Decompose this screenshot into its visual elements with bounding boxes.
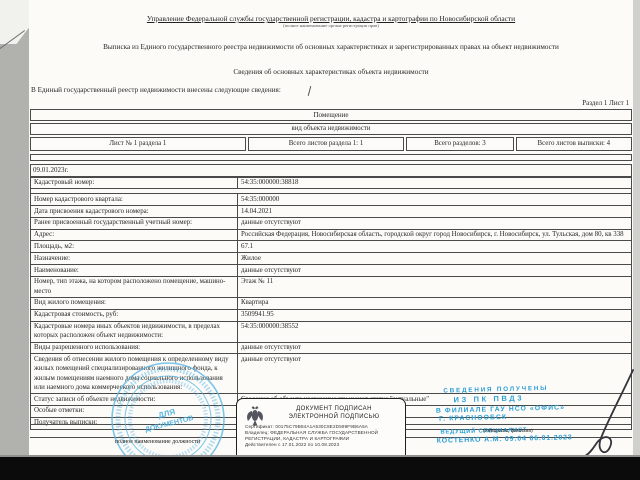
section-page-ref: Раздел 1 Лист 1 (29, 99, 629, 107)
table-row: Виды разрешенного использования:данные о… (31, 342, 632, 354)
object-type: Помещение (30, 109, 632, 121)
signature-box-title1: ДОКУМЕНТ ПОДПИСАН (269, 406, 399, 414)
row-value: Квартира (238, 297, 632, 309)
row-value: данные отсутствуют (238, 217, 632, 229)
table-row: Кадастровый номер:54:35:000000:38818 (31, 177, 632, 189)
row-label: Вид жилого помещения: (31, 297, 238, 309)
initials-caption: (инициалы, фамилия) (483, 428, 533, 434)
stamp-text-line1: ДЛЯ (157, 407, 176, 420)
table-row: Назначение:Жилое (31, 253, 632, 265)
row-value: Этаж № 11 (238, 276, 632, 297)
row-value: Российская Федерация, Новосибирская обла… (238, 229, 632, 241)
document-title: Выписка из Единого государственного реес… (33, 43, 629, 52)
sheet-cell: Лист № 1 раздела 1 (30, 137, 246, 151)
table-row: Ранее присвоенный государственный учетны… (31, 217, 632, 229)
table-row: Номер кадастрового квартала:54:35:000000 (31, 194, 632, 206)
table-row: Кадастровая стоимость, руб:3509941.95 (31, 309, 632, 321)
validity-line: Действителен с 17.01.2022 по 10.08.2023 (245, 442, 405, 448)
table-row: Кадастровые номера иных объектов недвижи… (31, 321, 632, 342)
table-row: Адрес:Российская Федерация, Новосибирска… (31, 229, 632, 241)
scanned-document-screenshot: Управление Федеральной службы государств… (0, 0, 640, 480)
row-label: Номер, тип этажа, на котором расположено… (31, 276, 238, 297)
sheet-cell: Всего листов выписки: 4 (516, 137, 632, 151)
table-row: Номер, тип этажа, на котором расположено… (31, 276, 632, 297)
table-row: Вид жилого помещения:Квартира (31, 297, 632, 309)
org-title: Управление Федеральной службы государств… (39, 14, 623, 23)
row-value: 54:35:000000:38552 (238, 321, 632, 342)
position-caption: полное наименование должности (70, 439, 245, 445)
object-type-caption: вид объекта недвижимости (30, 123, 632, 135)
row-label: Дата присвоения кадастрового номера: (31, 206, 238, 218)
scan-left-edge (0, 0, 29, 480)
row-value: 3509941.95 (238, 309, 632, 321)
row-value: данные отсутствуют (238, 265, 632, 277)
scan-bottom-bar (0, 457, 640, 480)
row-label: Кадастровая стоимость, руб: (31, 309, 238, 321)
row-label: Ранее присвоенный государственный учетны… (31, 217, 238, 229)
intro-line: В Единый государственный реестр недвижим… (31, 86, 633, 95)
row-value: 67.1 (238, 241, 632, 253)
row-label: Площадь, м2: (31, 241, 238, 253)
row-value: данные отсутствуют (238, 342, 632, 354)
sheet-cell: Всего разделов: 3 (406, 137, 513, 151)
sheet-cell: Всего листов раздела 1: 1 (248, 137, 405, 151)
digital-signature-box: ДОКУМЕНТ ПОДПИСАН ЭЛЕКТРОННОЙ ПОДПИСЬЮ С… (236, 398, 406, 462)
row-value: 14.04.2021 (238, 206, 632, 218)
row-value: Жилое (238, 253, 632, 265)
row-label: Кадастровый номер: (31, 177, 238, 189)
row-value: 54:35:000000 (238, 194, 632, 206)
row-label: Назначение: (31, 253, 238, 265)
org-caption: (полное наименование органа регистрации … (29, 23, 633, 29)
row-label: Наименование: (31, 265, 238, 277)
stamp-text-line2: ДОКУМЕНТОВ (145, 415, 195, 434)
table-row: Наименование:данные отсутствуют (31, 265, 632, 277)
coat-of-arms-icon (245, 405, 265, 427)
row-label: Кадастровые номера иных объектов недвижи… (31, 321, 238, 342)
table-row: Площадь, м2:67.1 (31, 241, 632, 253)
signature-box-title2: ЭЛЕКТРОННОЙ ПОДПИСЬЮ (269, 414, 399, 422)
sheet-info-row: Лист № 1 раздела 1 Всего листов раздела … (30, 137, 632, 151)
handwritten-signature (545, 366, 640, 466)
row-value: 54:35:000000:38818 (238, 177, 632, 189)
section-title: Сведения об основных характеристиках объ… (29, 68, 633, 77)
empty-row (30, 154, 632, 161)
row-label: Виды разрешенного использования: (31, 342, 238, 354)
extract-date: 09.01.2023г. (30, 164, 632, 177)
row-label: Номер кадастрового квартала: (31, 194, 238, 206)
row-label: Адрес: (31, 229, 238, 241)
table-row: Дата присвоения кадастрового номера:14.0… (31, 206, 632, 218)
